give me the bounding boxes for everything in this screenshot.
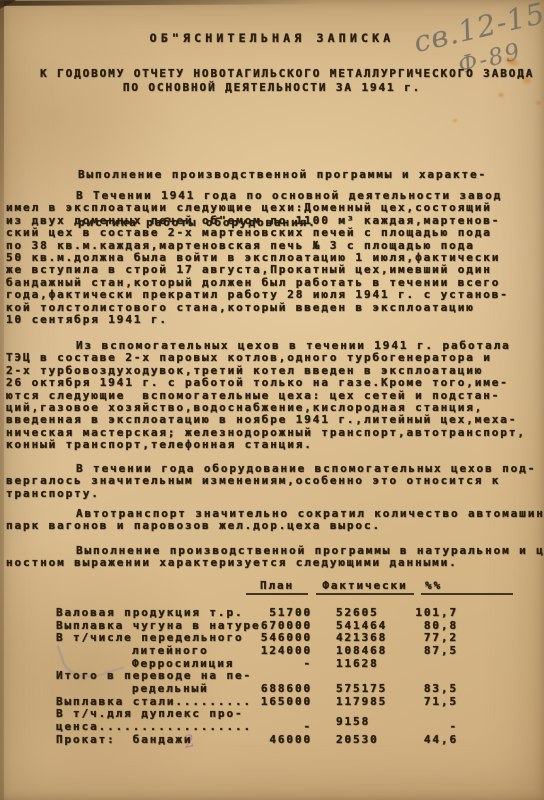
- row-label: В т/числе передельного: [56, 632, 244, 644]
- paragraph-line: ностном выражении характеризуется следую…: [6, 557, 538, 569]
- cell-pct: 101,7: [404, 607, 458, 619]
- paragraph-line: 26 октября 1941 г. с работой только на г…: [6, 377, 538, 389]
- paragraph-line: введенная в эксплоатацию в ноябре 1941 г…: [6, 414, 538, 426]
- table-row: ценса..................-9158-: [0, 721, 544, 734]
- cell-plan: -: [228, 721, 312, 733]
- subtitle-line-2: ПО ОСНОВНОЙ ДЕЯТЕЛЬНОСТИ ЗА 1941 г.: [0, 82, 544, 94]
- cell-pct: 80,8: [404, 620, 458, 632]
- table-row: литейного12400010846887,5: [0, 645, 544, 658]
- paragraph: Выполнение производственной программы в …: [6, 545, 538, 570]
- paragraph-line: года,фактически прекратил работу 28 июля…: [6, 289, 538, 301]
- cell-plan: 46000: [228, 734, 312, 746]
- cell-plan: 124000: [228, 645, 312, 657]
- cell-pct: 71,5: [404, 696, 458, 708]
- cell-pct: 87,5: [404, 645, 458, 657]
- paragraph: Автотранспорт значительно сократил колич…: [6, 508, 538, 533]
- table-row: Прокат: бандажи460002053044,6: [0, 734, 544, 747]
- cell-plan: 165000: [228, 696, 312, 708]
- scanned-document-page: 2 св.12-1541 Ф-89 ОБ"ЯСНИТЕЛЬНАЯ ЗАПИСКА…: [0, 0, 544, 800]
- cell-plan: -: [228, 658, 312, 670]
- cell-fact: 11628: [336, 658, 420, 670]
- row-label: В т/ч.для дуплекс про-: [56, 708, 244, 720]
- row-label: ценса..................: [56, 721, 252, 733]
- paragraph-line: ТЭЦ в составе 2-х паровых котлов,одного …: [6, 352, 538, 364]
- cell-pct: -: [404, 721, 458, 733]
- column-header-plan: План: [246, 580, 308, 595]
- paragraph-line: вергалось значительным изменениям,особен…: [6, 475, 538, 487]
- paragraph: В Течении 1941 года по основной деятельн…: [6, 190, 538, 326]
- cell-pct: 77,2: [404, 632, 458, 644]
- paragraph-line: ский цех в составе 2-х мартеновских пече…: [6, 227, 538, 239]
- column-header-percent: %%: [421, 580, 513, 595]
- paragraph-line: имел в эксплоатации следующие цехи:Домен…: [6, 202, 538, 214]
- row-label: Ферросилиция: [132, 658, 234, 670]
- document-title: ОБ"ЯСНИТЕЛЬНАЯ ЗАПИСКА: [0, 32, 544, 44]
- row-label: Итого в переводе на пе-: [56, 670, 252, 682]
- cell-plan: 51700: [228, 607, 312, 619]
- typewritten-text-block: ОБ"ЯСНИТЕЛЬНАЯ ЗАПИСКА К ГОДОВОМУ ОТЧЕТУ…: [0, 0, 544, 800]
- section-heading-line: Выполнение производственной программы и …: [78, 167, 487, 183]
- cell-plan: 546000: [228, 632, 312, 644]
- paragraph: В течении года оборудование вспомогатель…: [6, 463, 538, 500]
- paragraph-line: парк вагонов и паровозов жел.дор.цеха вы…: [6, 520, 538, 532]
- column-header-actual: Фактически: [316, 580, 414, 595]
- paragraph: Из вспомогательных цехов в течении 1941 …: [6, 340, 538, 452]
- cell-pct: 83,5: [404, 683, 458, 695]
- cell-plan: 670000: [228, 620, 312, 632]
- paragraph-line: же вступила в строй 17 августа,Прокатный…: [6, 264, 538, 276]
- cell-pct: 44,6: [404, 734, 458, 746]
- row-label: Выплавка стали.........: [56, 696, 252, 708]
- paragraph-line: транспорту.: [6, 488, 538, 500]
- row-label: редельный: [132, 683, 209, 695]
- row-label: Валовая продукция т.р.: [56, 607, 244, 619]
- row-label: Прокат: бандажи: [56, 734, 192, 746]
- table-row: редельный68860057517583,5: [0, 683, 544, 696]
- paragraph-line: конный транспорт,телефонная станция.: [6, 439, 538, 451]
- row-label: литейного: [132, 645, 209, 657]
- subtitle-line-1: К ГОДОВОМУ ОТЧЕТУ НОВОТАГИЛЬСКОГО МЕТАЛЛ…: [40, 68, 534, 80]
- paragraph-line: 10 сентября 1941 г.: [6, 314, 538, 326]
- cell-plan: 688600: [228, 683, 312, 695]
